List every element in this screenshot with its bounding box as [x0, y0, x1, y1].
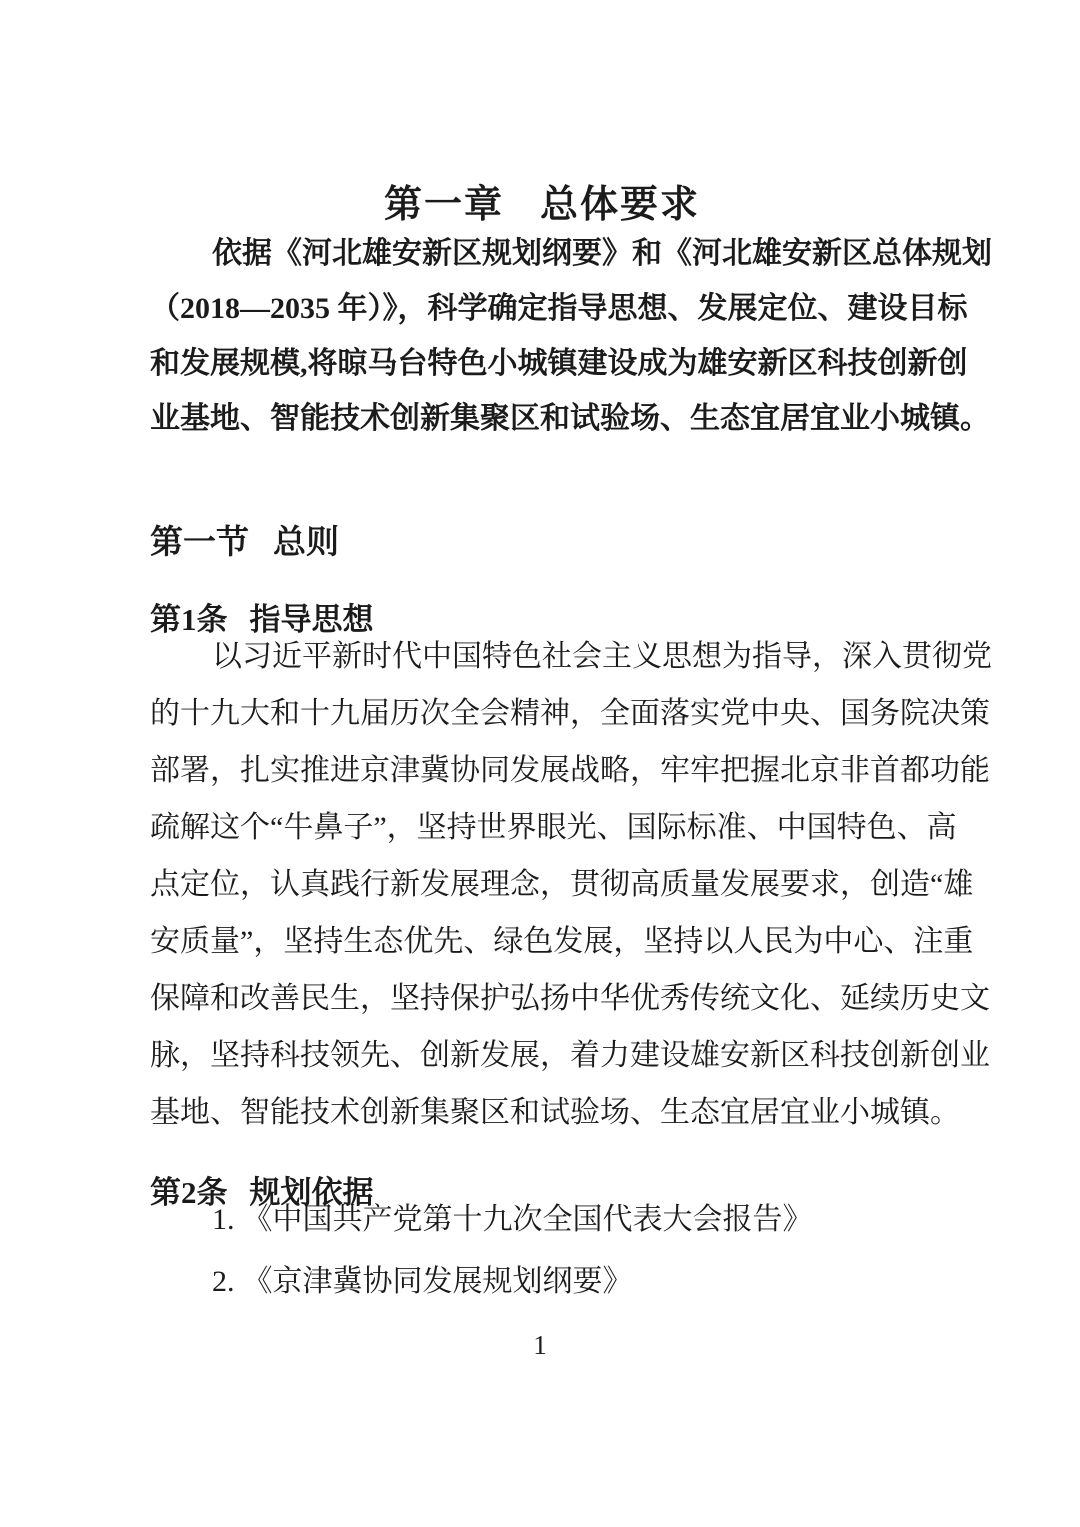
paragraph-line: 以习近平新时代中国特色社会主义思想为指导，深入贯彻党	[150, 628, 942, 685]
paragraph-line: 疏解这个“牛鼻子”，坚持世界眼光、国际标准、中国特色、高	[150, 799, 942, 856]
paragraph-line: 依据《河北雄安新区规划纲要》和《河北雄安新区总体规划	[150, 226, 942, 281]
paragraph-line: 保障和改善民生，坚持保护弘扬中华优秀传统文化、延续历史文	[150, 970, 942, 1027]
paragraph-line: （2018—2035 年）》，科学确定指导思想、发展定位、建设目标	[150, 281, 942, 336]
page-number: 1	[0, 1330, 1080, 1361]
chapter-title-text: 总体要求	[540, 184, 700, 226]
paragraph-line: 业基地、智能技术创新集聚区和试验场、生态宜居宜业小城镇。	[150, 391, 942, 446]
paragraph-line: 的十九大和十九届历次全会精神，全面落实党中央、国务院决策	[150, 685, 942, 742]
list-item: 1.《中国共产党第十九次全国代表大会报告》	[212, 1194, 813, 1238]
chapter-title: 第一章总体要求	[150, 173, 934, 228]
chapter-number: 第一章	[384, 184, 504, 226]
paragraph-line: 部署，扎实推进京津冀协同发展战略，牢牢把握北京非首都功能	[150, 742, 942, 799]
paragraph-line: 安质量”，坚持生态优先、绿色发展，坚持以人民为中心、注重	[150, 913, 942, 970]
list-item: 2.《京津冀协同发展规划纲要》	[212, 1256, 633, 1300]
list-item-text: 《中国共产党第十九次全国代表大会报告》	[243, 1203, 813, 1236]
list-item-text: 《京津冀协同发展规划纲要》	[243, 1265, 633, 1298]
document-page: 第一章总体要求 依据《河北雄安新区规划纲要》和《河北雄安新区总体规划 （2018…	[0, 0, 1080, 1527]
section-title: 总则	[273, 523, 339, 560]
list-item-number: 1.	[212, 1203, 235, 1237]
section-heading: 第一节总则	[150, 516, 339, 563]
section-number: 第一节	[150, 523, 249, 560]
paragraph-line: 脉，坚持科技领先、创新发展，着力建设雄安新区科技创新创业	[150, 1027, 942, 1084]
list-item-number: 2.	[212, 1265, 235, 1299]
article-1-paragraph: 以习近平新时代中国特色社会主义思想为指导，深入贯彻党 的十九大和十九届历次全会精…	[150, 628, 942, 1141]
intro-paragraph: 依据《河北雄安新区规划纲要》和《河北雄安新区总体规划 （2018—2035 年）…	[150, 226, 942, 446]
paragraph-line: 基地、智能技术创新集聚区和试验场、生态宜居宜业小城镇。	[150, 1084, 942, 1141]
paragraph-line: 点定位，认真践行新发展理念，贯彻高质量发展要求，创造“雄	[150, 856, 942, 913]
paragraph-line: 和发展规模,将晾马台特色小城镇建设成为雄安新区科技创新创	[150, 336, 942, 391]
